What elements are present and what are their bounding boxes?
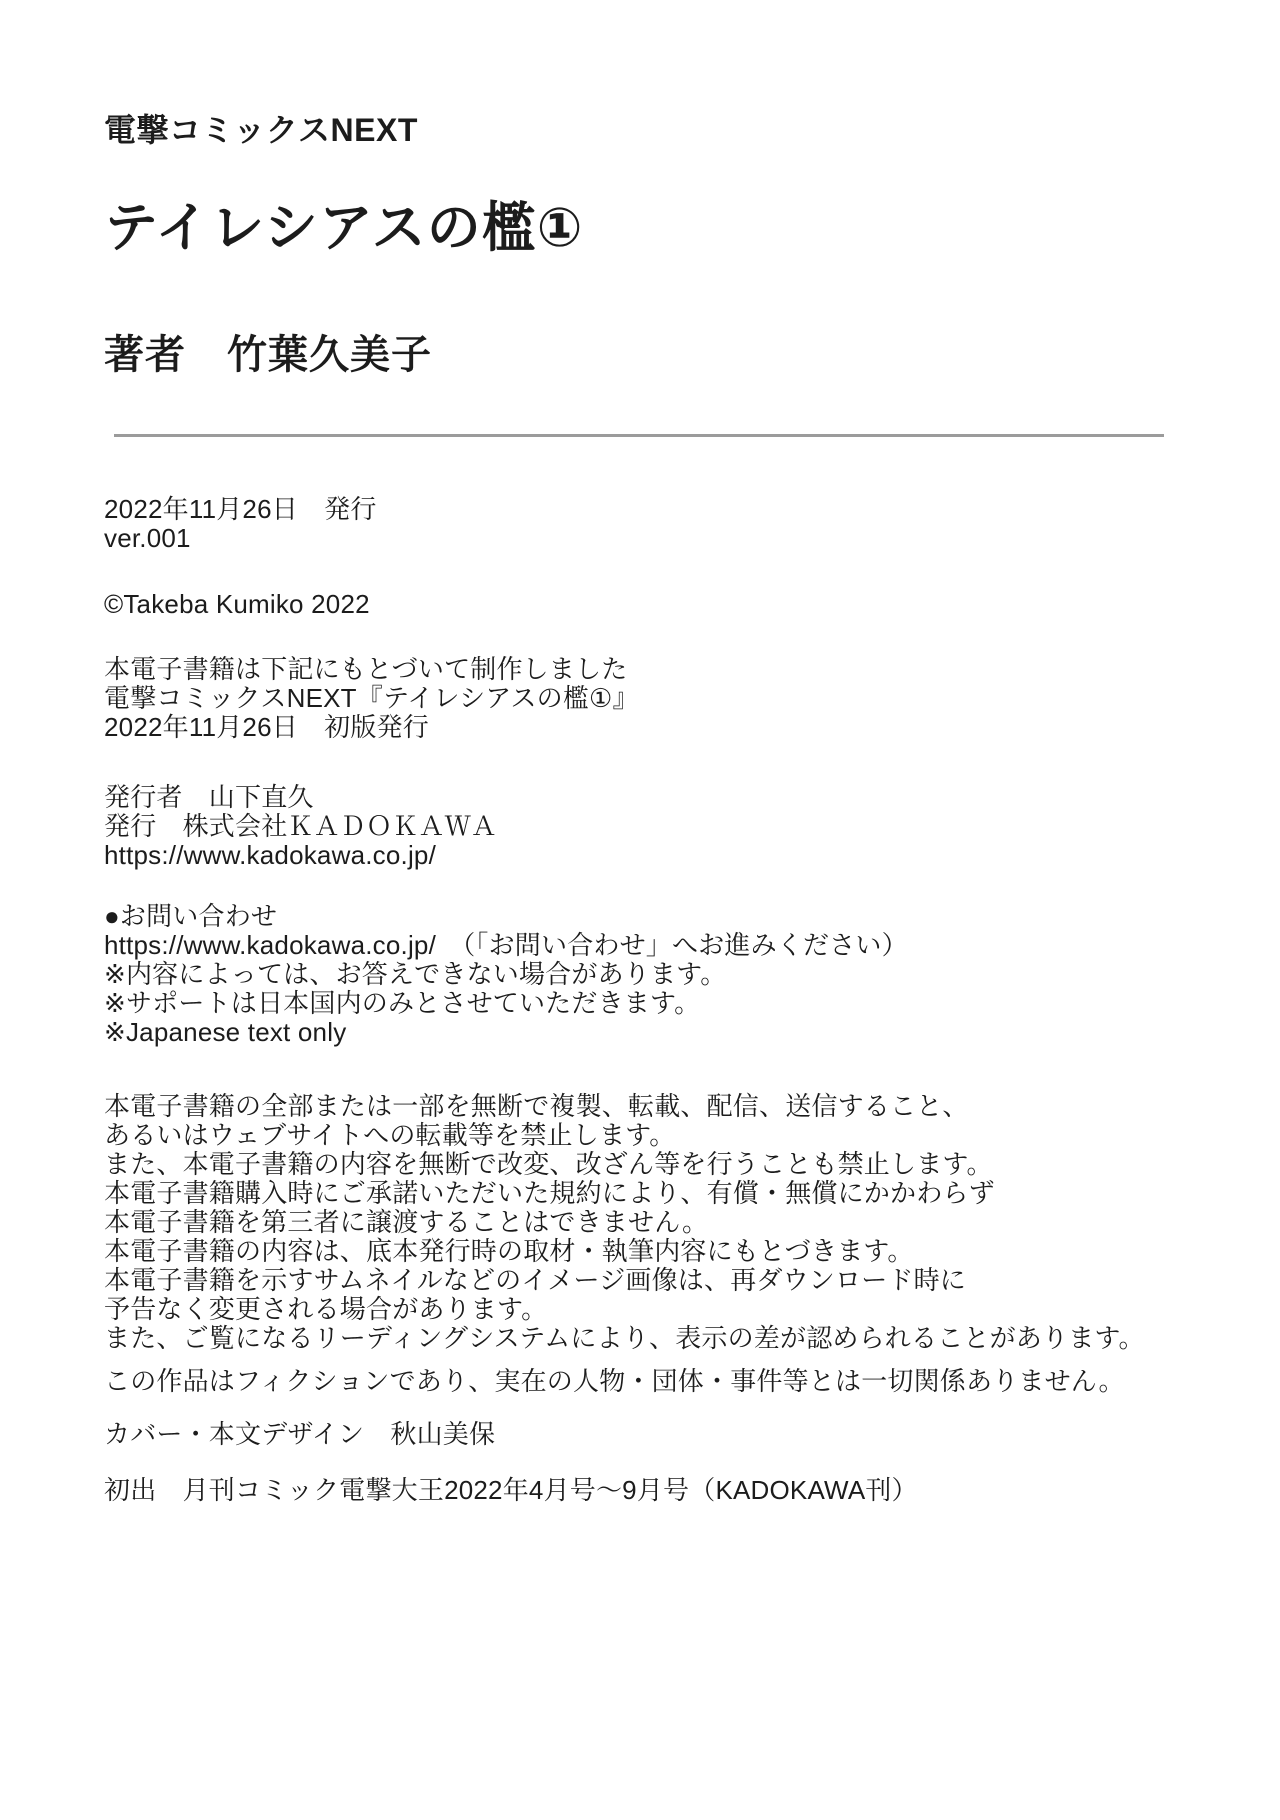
imprint-label: 電撃コミックスNEXT [104,112,1220,149]
fiction-disclaimer: この作品はフィクションであり、実在の人物・団体・事件等とは一切関係ありません。 [104,1367,1220,1396]
colophon-page: 電撃コミックスNEXT テイレシアスの檻① 著者 竹葉久美子 2022年11月2… [0,0,1280,1820]
first-publication-block: 初出 月刊コミック電撃大王2022年4月号～9月号（KADOKAWA刊） [104,1476,1220,1505]
legal-line: 本電子書籍を示すサムネイルなどのイメージ画像は、再ダウンロード時に [104,1266,1220,1295]
design-credit-block: カバー・本文デザイン 秋山美保 [104,1420,1220,1449]
author-line: 著者 竹葉久美子 [104,323,1220,380]
legal-block: 本電子書籍の全部または一部を無断で複製、転載、配信、送信すること、 あるいはウェ… [104,1092,1220,1353]
first-publication: 初出 月刊コミック電撃大王2022年4月号～9月号（KADOKAWA刊） [104,1476,1220,1505]
legal-line: 本電子書籍購入時にご承諾いただいた規約により、有償・無償にかかわらず [104,1179,1220,1208]
source-note-line: 本電子書籍は下記にもとづいて制作しました [104,655,1220,684]
book-title: テイレシアスの檻① [104,197,1220,259]
publisher-line: 発行 株式会社ＫＡＤＯＫＡＷＡ [104,812,1220,841]
legal-line: また、ご覧になるリーディングシステムにより、表示の差が認められることがあります。 [104,1324,1220,1353]
source-note-line: 電撃コミックスNEXT『テイレシアスの檻①』 [104,684,1220,713]
design-credit: カバー・本文デザイン 秋山美保 [104,1420,1220,1449]
copyright-line: ©Takeba Kumiko 2022 [104,590,1220,619]
publisher-url: https://www.kadokawa.co.jp/ [104,841,1220,870]
contact-heading: ●お問い合わせ [104,902,1220,931]
contact-note: ※サポートは日本国内のみとさせていただきます。 [104,989,1220,1018]
contact-note: ※内容によっては、お答えできない場合があります。 [104,960,1220,989]
copyright-block: ©Takeba Kumiko 2022 [104,590,1220,619]
legal-line: あるいはウェブサイトへの転載等を禁止します。 [104,1121,1220,1150]
version-line: ver.001 [104,524,1220,553]
contact-url-line: https://www.kadokawa.co.jp/ （「お問い合わせ」へお進… [104,931,1220,960]
source-note-block: 本電子書籍は下記にもとづいて制作しました 電撃コミックスNEXT『テイレシアスの… [104,655,1220,742]
legal-line: 本電子書籍の内容は、底本発行時の取材・執筆内容にもとづきます。 [104,1237,1220,1266]
contact-block: ●お問い合わせ https://www.kadokawa.co.jp/ （「お問… [104,902,1220,1047]
legal-line: また、本電子書籍の内容を無断で改変、改ざん等を行うことも禁止します。 [104,1150,1220,1179]
edition-block: 2022年11月26日 発行 ver.001 [104,495,1220,553]
legal-line: 本電子書籍を第三者に譲渡することはできません。 [104,1208,1220,1237]
divider-rule [114,434,1164,437]
fiction-disclaimer-block: この作品はフィクションであり、実在の人物・団体・事件等とは一切関係ありません。 [104,1367,1220,1396]
release-date-line: 2022年11月26日 発行 [104,495,1220,524]
legal-line: 本電子書籍の全部または一部を無断で複製、転載、配信、送信すること、 [104,1092,1220,1121]
publisher-block: 発行者 山下直久 発行 株式会社ＫＡＤＯＫＡＷＡ https://www.kad… [104,783,1220,870]
contact-note: ※Japanese text only [104,1018,1220,1047]
issuer-line: 発行者 山下直久 [104,783,1220,812]
legal-line: 予告なく変更される場合があります。 [104,1295,1220,1324]
source-note-line: 2022年11月26日 初版発行 [104,713,1220,742]
